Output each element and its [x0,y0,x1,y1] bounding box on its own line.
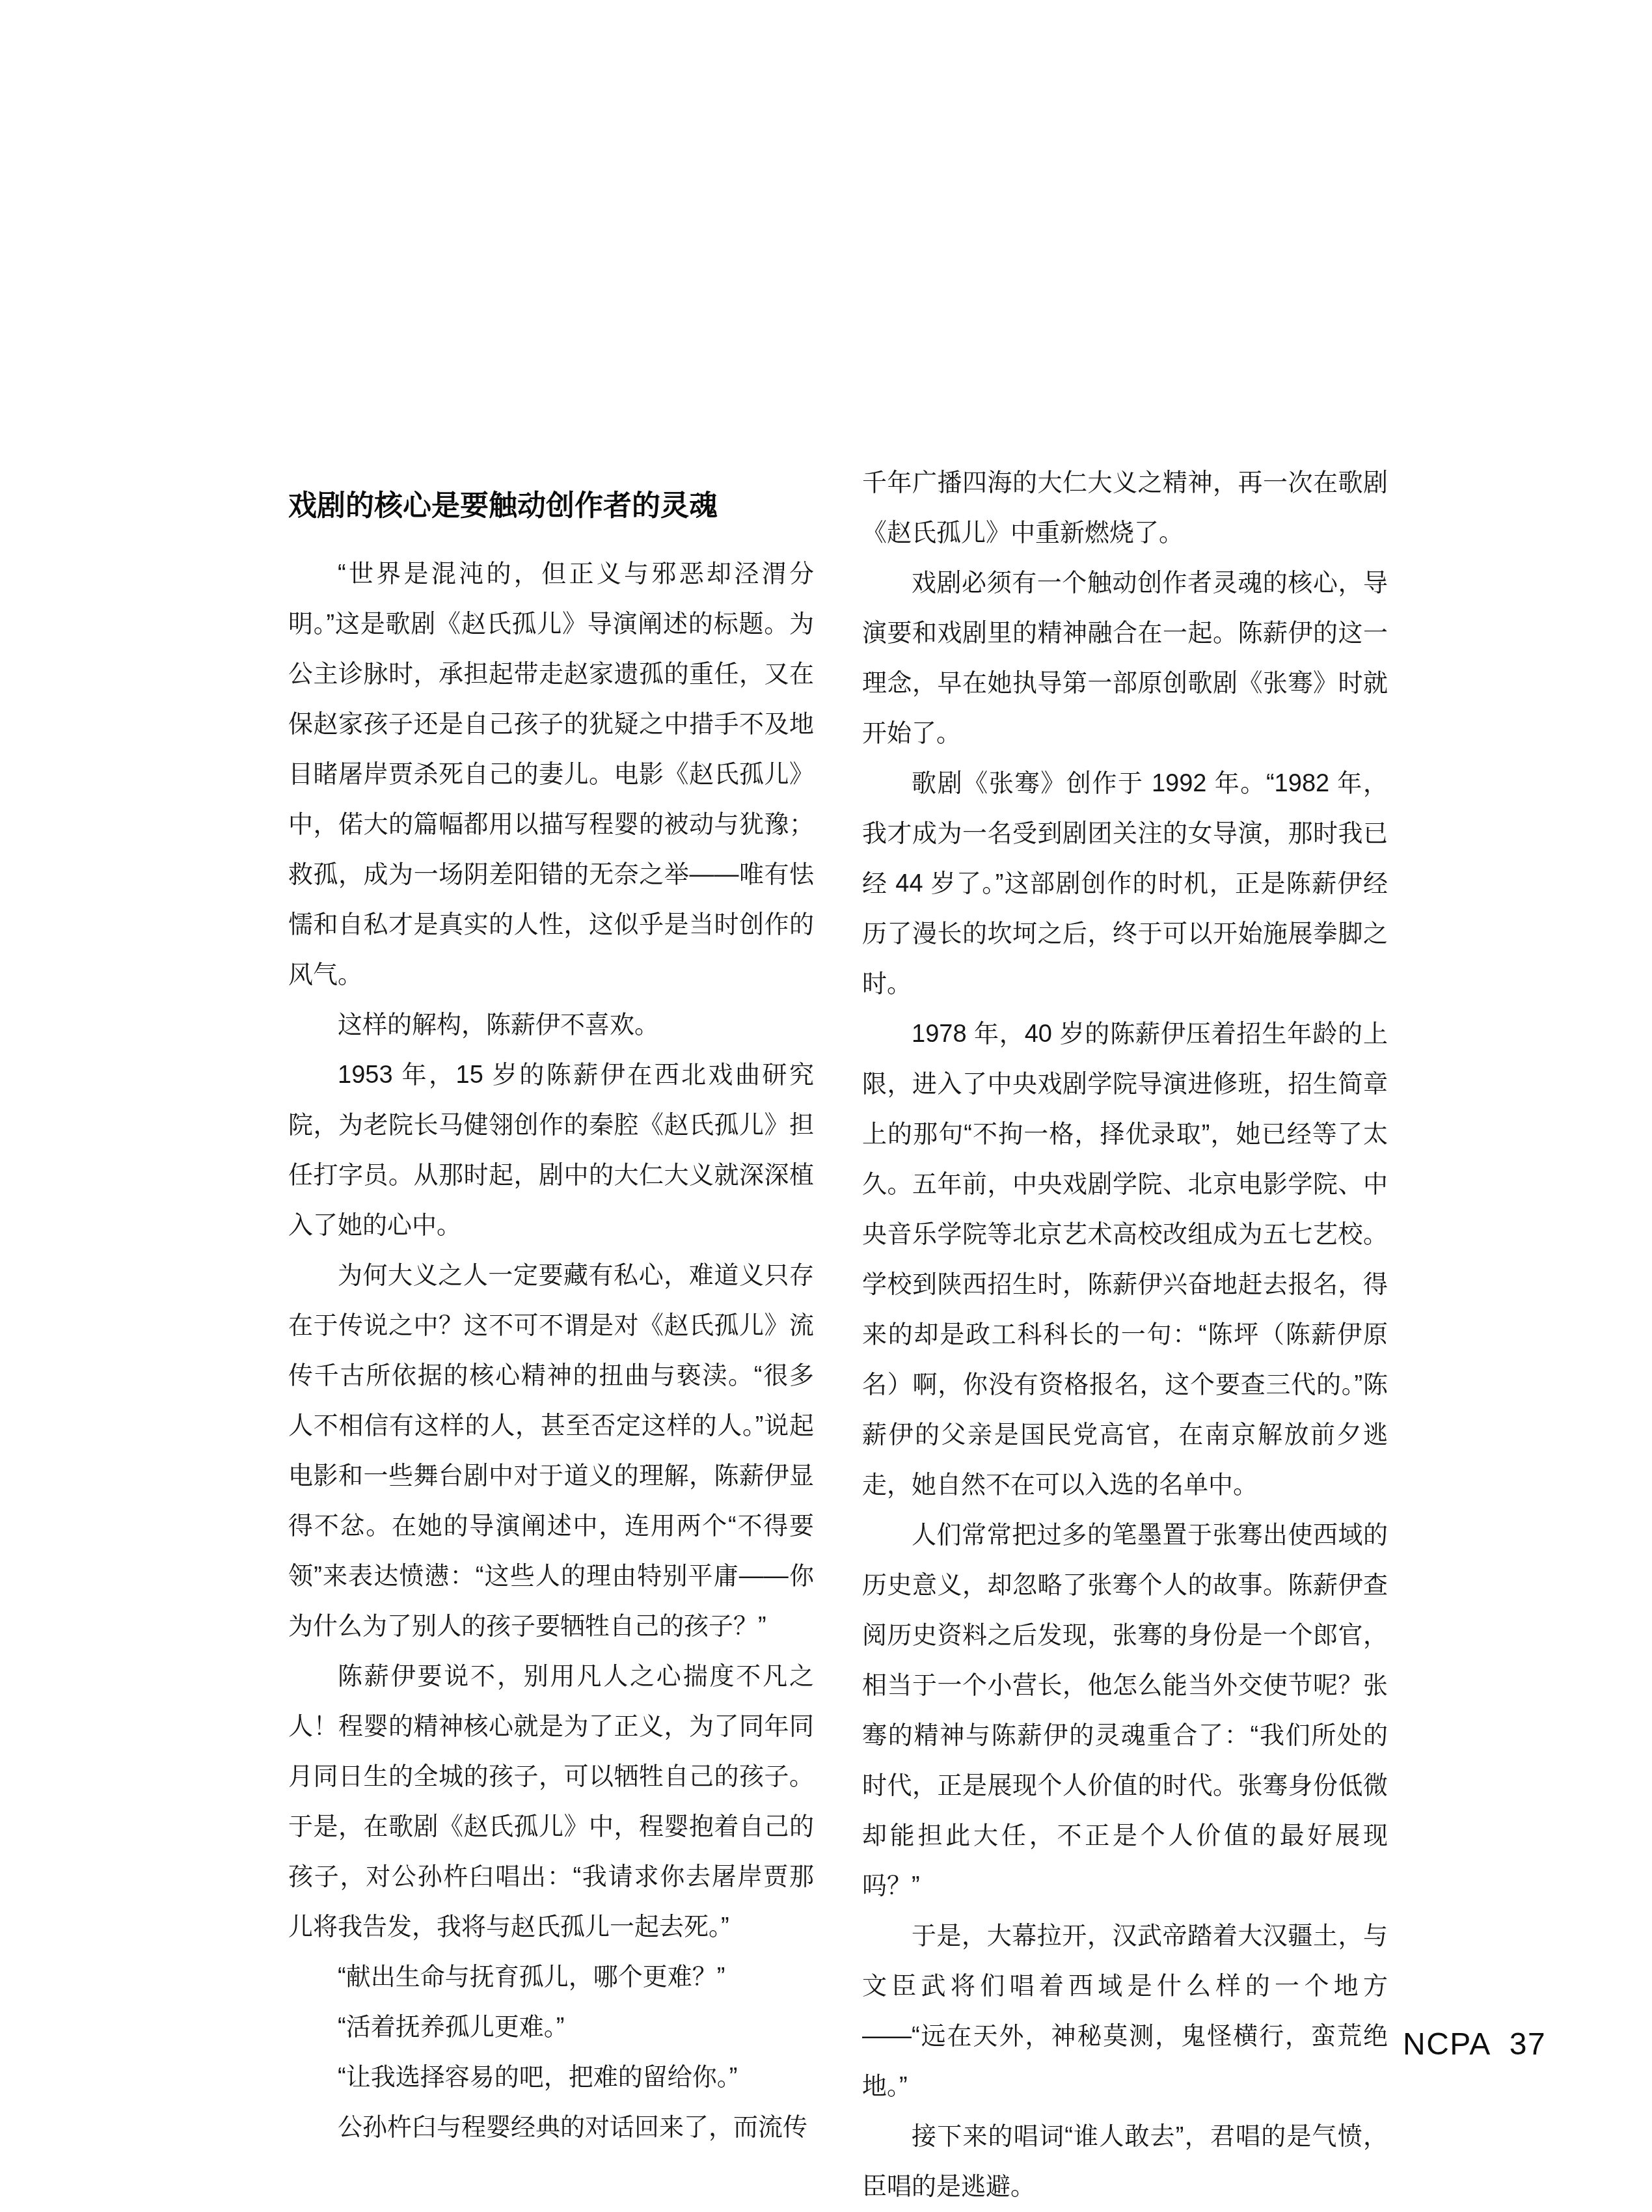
paragraph: “让我选择容易的吧，把难的留给你。” [288,2053,814,2103]
journal-name: NCPA [1403,2027,1491,2062]
article-heading: 戏剧的核心是要触动创作者的灵魂 [288,482,822,524]
paragraph: 接下来的唱词“谁人敢去”，君唱的是气愤，臣唱的是逃避。 [862,2112,1388,2212]
left-column: “世界是混沌的，但正义与邪恶却泾渭分明。”这是歌剧《赵氏孤儿》导演阐述的标题。为… [288,549,814,2153]
paragraph: 陈薪伊要说不，别用凡人之心揣度不凡之人！程婴的精神核心就是为了正义，为了同年同月… [288,1652,814,1952]
paragraph: “活着抚养孤儿更难。” [288,2002,814,2053]
paragraph: 为何大义之人一定要藏有私心，难道义只存在于传说之中？这不可不谓是对《赵氏孤儿》流… [288,1251,814,1652]
paragraph-continuation: 千年广播四海的大仁大义之精神，再一次在歌剧《赵氏孤儿》中重新燃烧了。 [862,458,1388,558]
paragraph: “献出生命与抚育孤儿，哪个更难？” [288,1952,814,2002]
paragraph: 人们常常把过多的笔墨置于张骞出使西域的历史意义，却忽略了张骞个人的故事。陈薪伊查… [862,1510,1388,1911]
paragraph: 1953 年，15 岁的陈薪伊在西北戏曲研究院，为老院长马健翎创作的秦腔《赵氏孤… [288,1050,814,1251]
page-number: 37 [1510,2027,1546,2062]
paragraph: 1978 年，40 岁的陈薪伊压着招生年龄的上限，进入了中央戏剧学院导演进修班，… [862,1009,1388,1510]
paragraph: 戏剧必须有一个触动创作者灵魂的核心，导演要和戏剧里的精神融合在一起。陈薪伊的这一… [862,558,1388,759]
paragraph: 这样的解构，陈薪伊不喜欢。 [288,1000,814,1050]
page-footer: NCPA37 [1403,2027,1546,2062]
paragraph: 歌剧《张骞》创作于 1992 年。“1982 年，我才成为一名受到剧团关注的女导… [862,759,1388,1009]
paragraph: “世界是混沌的，但正义与邪恶却泾渭分明。”这是歌剧《赵氏孤儿》导演阐述的标题。为… [288,549,814,1000]
right-column: 千年广播四海的大仁大义之精神，再一次在歌剧《赵氏孤儿》中重新燃烧了。 戏剧必须有… [862,458,1388,2212]
magazine-page: 戏剧的核心是要触动创作者的灵魂 “世界是混沌的，但正义与邪恶却泾渭分明。”这是歌… [0,0,1652,2152]
paragraph: 公孙杵臼与程婴经典的对话回来了，而流传 [288,2103,814,2153]
paragraph: 于是，大幕拉开，汉武帝踏着大汉疆土，与文臣武将们唱着西域是什么样的一个地方——“… [862,1911,1388,2112]
